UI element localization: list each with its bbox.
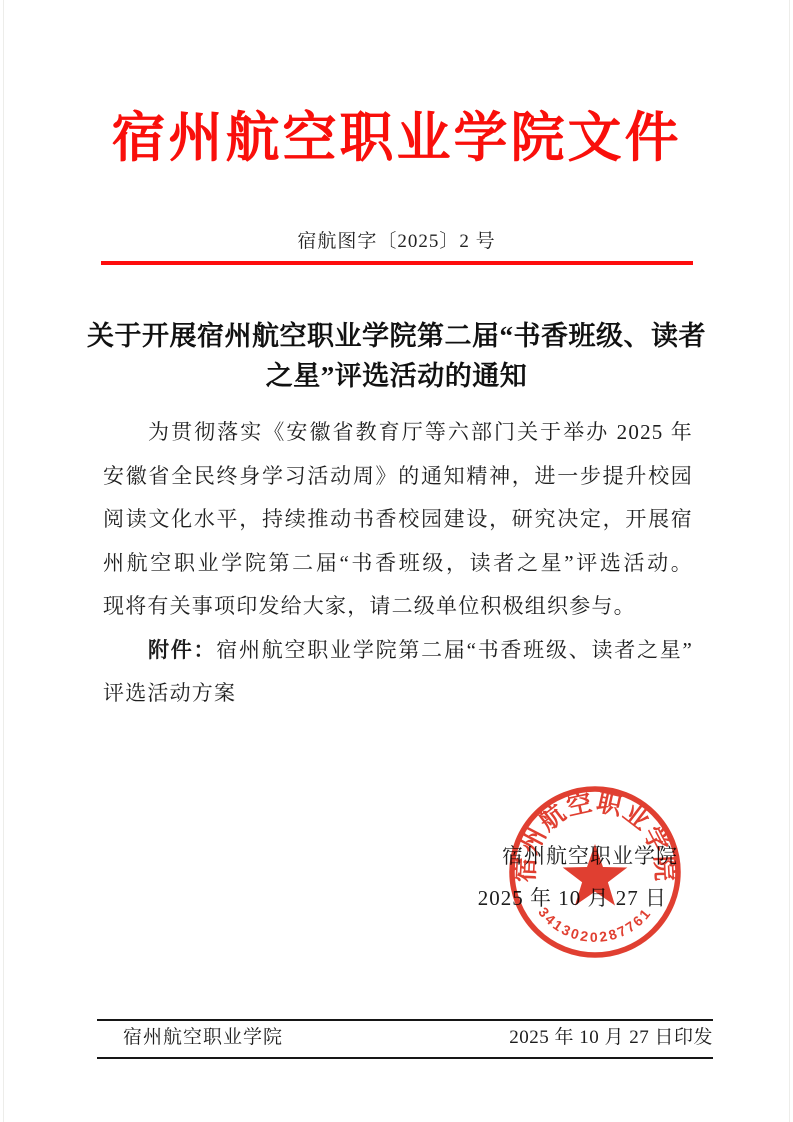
notice-title-line1: 关于开展宿州航空职业学院第二届“书香班级、读者	[80, 316, 713, 356]
attachment-text: 宿州航空职业学院第二届“书香班级、读者之星”	[216, 638, 693, 662]
attachment-label: 附件：	[148, 639, 216, 662]
red-header-title: 宿州航空职业学院文件	[0, 110, 793, 166]
footer-org: 宿州航空职业学院	[123, 1024, 283, 1052]
seal-number: 3413020287761	[535, 904, 654, 945]
page-right-edge	[789, 0, 790, 1122]
document-number: 宿航图字〔2025〕2 号	[0, 230, 793, 253]
footer-rule-top	[97, 1019, 713, 1021]
body-line: 阅读文化水平，持续推动书香校园建设，研究决定，开展宿	[103, 498, 693, 542]
document-page: 宿州航空职业学院文件 宿航图字〔2025〕2 号 关于开展宿州航空职业学院第二届…	[0, 0, 793, 1122]
notice-title: 关于开展宿州航空职业学院第二届“书香班级、读者 之星”评选活动的通知	[80, 316, 713, 396]
body-line: 安徽省全民终身学习活动周》的通知精神，进一步提升校园	[103, 455, 693, 499]
body-line: 州航空职业学院第二届“书香班级，读者之星”评选活动。	[103, 542, 693, 586]
red-separator-rule	[101, 261, 693, 265]
body-line: 为贯彻落实《安徽省教育厅等六部门关于举办 2025 年	[103, 411, 693, 455]
footer-rule-bottom	[97, 1057, 713, 1059]
notice-title-line2: 之星”评选活动的通知	[80, 356, 713, 396]
body-line: 现将有关事项印发给大家，请二级单位积极组织参与。	[103, 585, 693, 629]
notice-body: 为贯彻落实《安徽省教育厅等六部门关于举办 2025 年 安徽省全民终身学习活动周…	[103, 411, 693, 716]
seal-star-icon	[563, 844, 628, 906]
attachment-line: 附件：宿州航空职业学院第二届“书香班级、读者之星”	[103, 629, 693, 673]
page-left-edge	[3, 0, 4, 1122]
svg-text:3413020287761: 3413020287761	[535, 904, 654, 945]
attachment-line2: 评选活动方案	[103, 672, 693, 716]
official-seal: 宿州航空职业学院 3413020287761	[505, 782, 685, 962]
footer-issue-date: 2025 年 10 月 27 日印发	[509, 1024, 713, 1052]
